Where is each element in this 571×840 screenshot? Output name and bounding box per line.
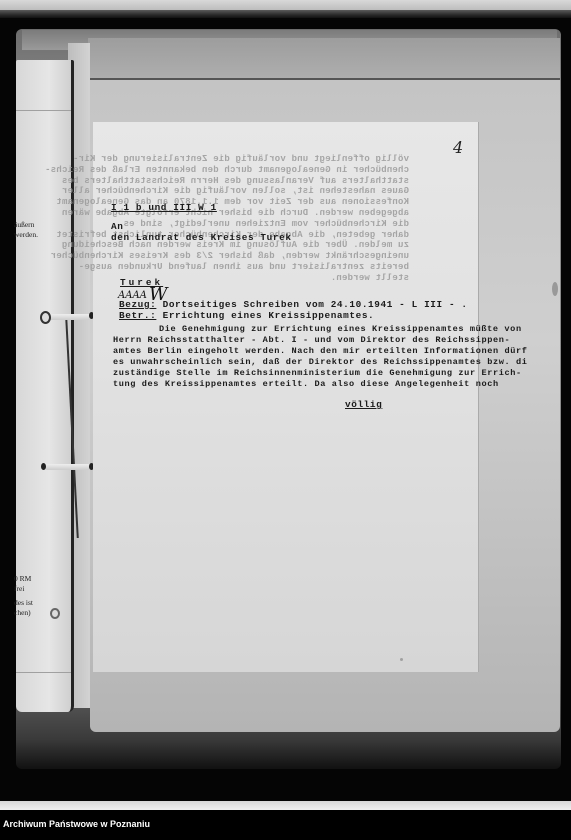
betr-text: Errichtung eines Kreissippenamtes. [163,310,375,321]
binding-string-top [44,314,92,320]
betr-line: Betr.: Errichtung eines Kreissippenamtes… [119,310,374,321]
margin-text: des ist [14,598,33,608]
margin-text: chen) [14,608,33,618]
body-line: amtes Berlin eingeholt werden. Nach den … [113,346,528,356]
binding-string-bottom [44,464,92,470]
margin-text: werden. [14,230,38,240]
bezug-text: Dortseitiges Schreiben vom 24.10.1941 - … [163,299,468,310]
viewer-footer: Archiwum Państwowe w Poznaniu [0,801,571,840]
closing-word: völlig [345,399,382,410]
body-line: Herrn Reichsstatthalter - Abt. I - und v… [113,335,510,345]
margin-fragment-top: äußern werden. [14,220,38,240]
viewer-top-divider [0,10,571,18]
body-line: es unwahrscheinlich sein, daß der Direkt… [113,357,528,367]
body-line: tung des Kreissippenamtes erteilt. Da al… [113,379,499,389]
page-number: 4 [453,138,463,157]
binding-hole-icon [50,608,60,619]
bleed-through-text: völlig offenliegt und vorläufig die Zent… [99,154,409,284]
betr-label: Betr.: [119,310,156,321]
recipient: den Landrat des Kreises Turek [111,232,292,243]
margin-text: 0 RM [14,574,33,584]
recipient-prefix: An [111,221,123,232]
scan-mark [552,282,558,296]
binding-hole-icon [41,463,46,470]
margin-fragment-bottom: 0 RM frei des ist chen) [14,574,33,618]
footer-divider [0,801,571,810]
letter-page: 4 völlig offenliegt und vorläufig die Ze… [93,122,479,672]
margin-text: frei [14,584,33,594]
body-line: zuständige Stelle im Reichsinnenminister… [113,368,522,378]
folder-inner-flap [88,38,560,83]
bezug-label: Bezug: [119,299,156,310]
file-reference: I 1 b und III W 1 [111,202,217,213]
viewer-top-bar [0,0,571,10]
margin-text: äußern [14,220,38,230]
binding-hole-icon [40,311,51,324]
scan-mark [400,658,403,661]
folder-spine-outer: äußern werden. 0 RM frei des ist chen) [16,60,74,712]
archive-caption: Archiwum Państwowe w Poznaniu [3,819,150,829]
body-line: Die Genehmigung zur Errichtung eines Kre… [159,324,522,334]
bezug-line: Bezug: Dortseitiges Schreiben vom 24.10.… [119,299,468,310]
document-scan-image: äußern werden. 0 RM frei des ist chen) 4… [0,18,571,801]
